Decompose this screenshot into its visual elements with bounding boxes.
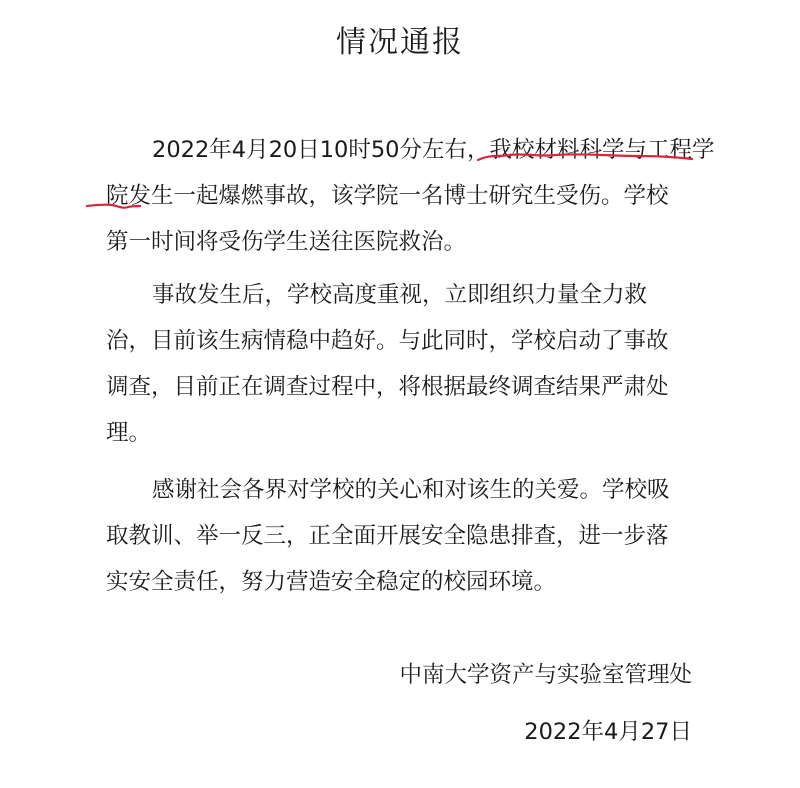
paragraph-line: 事故发生后，学校高度重视，立即组织力量全力救: [106, 272, 706, 318]
paragraph-line: 取教训、举一反三，正全面开展安全隐患排查，进一步落: [106, 513, 706, 559]
signature-organization: 中南大学资产与实验室管理处: [399, 660, 692, 690]
paragraph-line: 调查，目前正在调查过程中，将根据最终调查结果严肃处: [106, 364, 706, 410]
paragraph-line: 院发生一起爆燃事故，该学院一名博士研究生受伤。学校: [106, 173, 706, 219]
paragraph-line: 治，目前该生病情稳中趋好。与此同时，学校启动了事故: [106, 318, 706, 364]
document-title: 情况通报: [0, 22, 800, 64]
paragraph-line: 第一时间将受伤学生送往医院救治。: [106, 219, 706, 265]
paragraph-incident: 2022年4月20日10时50分左右，我校材料科学与工程学 院发生一起爆燃事故，…: [106, 127, 706, 265]
paragraph-line: 理。: [106, 410, 706, 456]
paragraph-line: 实安全责任，努力营造安全稳定的校园环境。: [106, 559, 706, 605]
paragraph-line: 2022年4月20日10时50分左右，我校材料科学与工程学: [106, 127, 706, 173]
signature-date: 2022年4月27日: [524, 717, 692, 747]
paragraph-gratitude: 感谢社会各界对学校的关心和对该生的关爱。学校吸 取教训、举一反三，正全面开展安全…: [106, 467, 706, 605]
paragraph-response: 事故发生后，学校高度重视，立即组织力量全力救 治，目前该生病情稳中趋好。与此同时…: [106, 272, 706, 456]
paragraph-line: 感谢社会各界对学校的关心和对该生的关爱。学校吸: [106, 467, 706, 513]
